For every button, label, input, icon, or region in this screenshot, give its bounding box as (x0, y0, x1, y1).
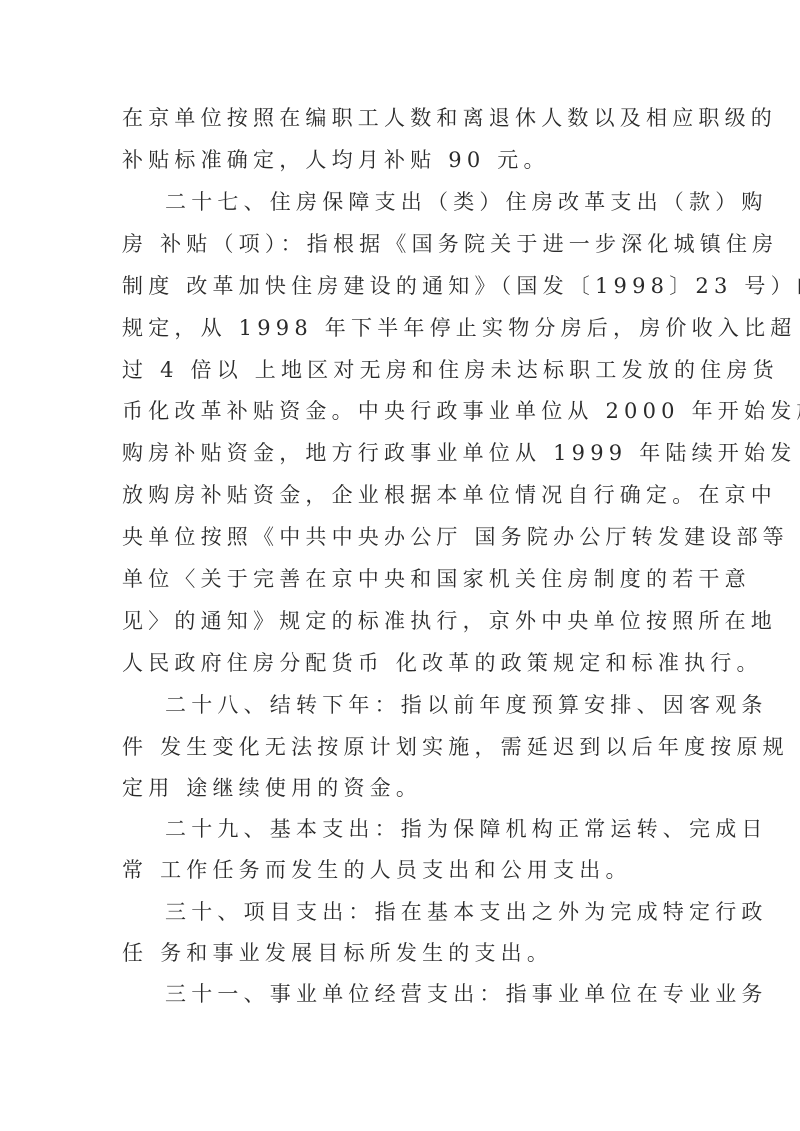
text-line: 购房补贴资金，地方行政事业单位从 1999 年陆续开始发 (122, 438, 796, 468)
paragraph-heading-29: 二十九、基本支出：指为保障机构正常运转、完成日 (165, 814, 768, 844)
text-line: 房 补贴（项）：指根据《国务院关于进一步深化城镇住房 (122, 229, 778, 259)
text-line: 件 发生变化无法按原计划实施，需延迟到以后年度按原规 (122, 732, 789, 762)
paragraph-heading-31: 三十一、事业单位经营支出：指事业单位在专业业务 (165, 979, 768, 1009)
paragraph-heading-27: 二十七、住房保障支出（类）住房改革支出（款）购 (165, 187, 768, 217)
text-line: 见〉的通知》规定的标准执行，京外中央单位按照所在地 (122, 606, 777, 636)
paragraph-heading-28: 二十八、结转下年：指以前年度预算安排、因客观条 (165, 690, 768, 720)
text-line: 补贴标准确定，人均月补贴 90 元。 (122, 145, 550, 175)
text-line: 币化改革补贴资金。中央行政事业单位从 2000 年开始发放 (122, 396, 800, 426)
text-line: 制度 改革加快住房建设的通知》（国发〔1998〕23 号）的 (122, 271, 800, 301)
paragraph-heading-30: 三十、项目支出：指在基本支出之外为完成特定行政 (165, 897, 768, 927)
text-line: 任 务和事业发展目标所发生的支出。 (122, 938, 553, 968)
text-line: 在京单位按照在编职工人数和离退休人数以及相应职级的 (122, 103, 777, 133)
text-line: 单位〈关于完善在京中央和国家机关住房制度的若干意 (122, 564, 751, 594)
text-line: 定用 途继续使用的资金。 (122, 773, 422, 803)
text-line: 人民政府住房分配货币 化改革的政策规定和标准执行。 (122, 648, 763, 678)
text-line: 过 4 倍以 上地区对无房和住房未达标职工发放的住房货 (122, 355, 779, 385)
text-line: 常 工作任务而发生的人员支出和公用支出。 (122, 855, 632, 885)
text-line: 规定，从 1998 年下半年停止实物分房后，房价收入比超 (122, 313, 796, 343)
text-line: 放购房补贴资金，企业根据本单位情况自行确定。在京中 (122, 480, 777, 510)
text-line: 央单位按照《中共中央办公厅 国务院办公厅转发建设部等 (122, 522, 789, 552)
document-page: 在京单位按照在编职工人数和离退休人数以及相应职级的 补贴标准确定，人均月补贴 9… (0, 0, 800, 1131)
